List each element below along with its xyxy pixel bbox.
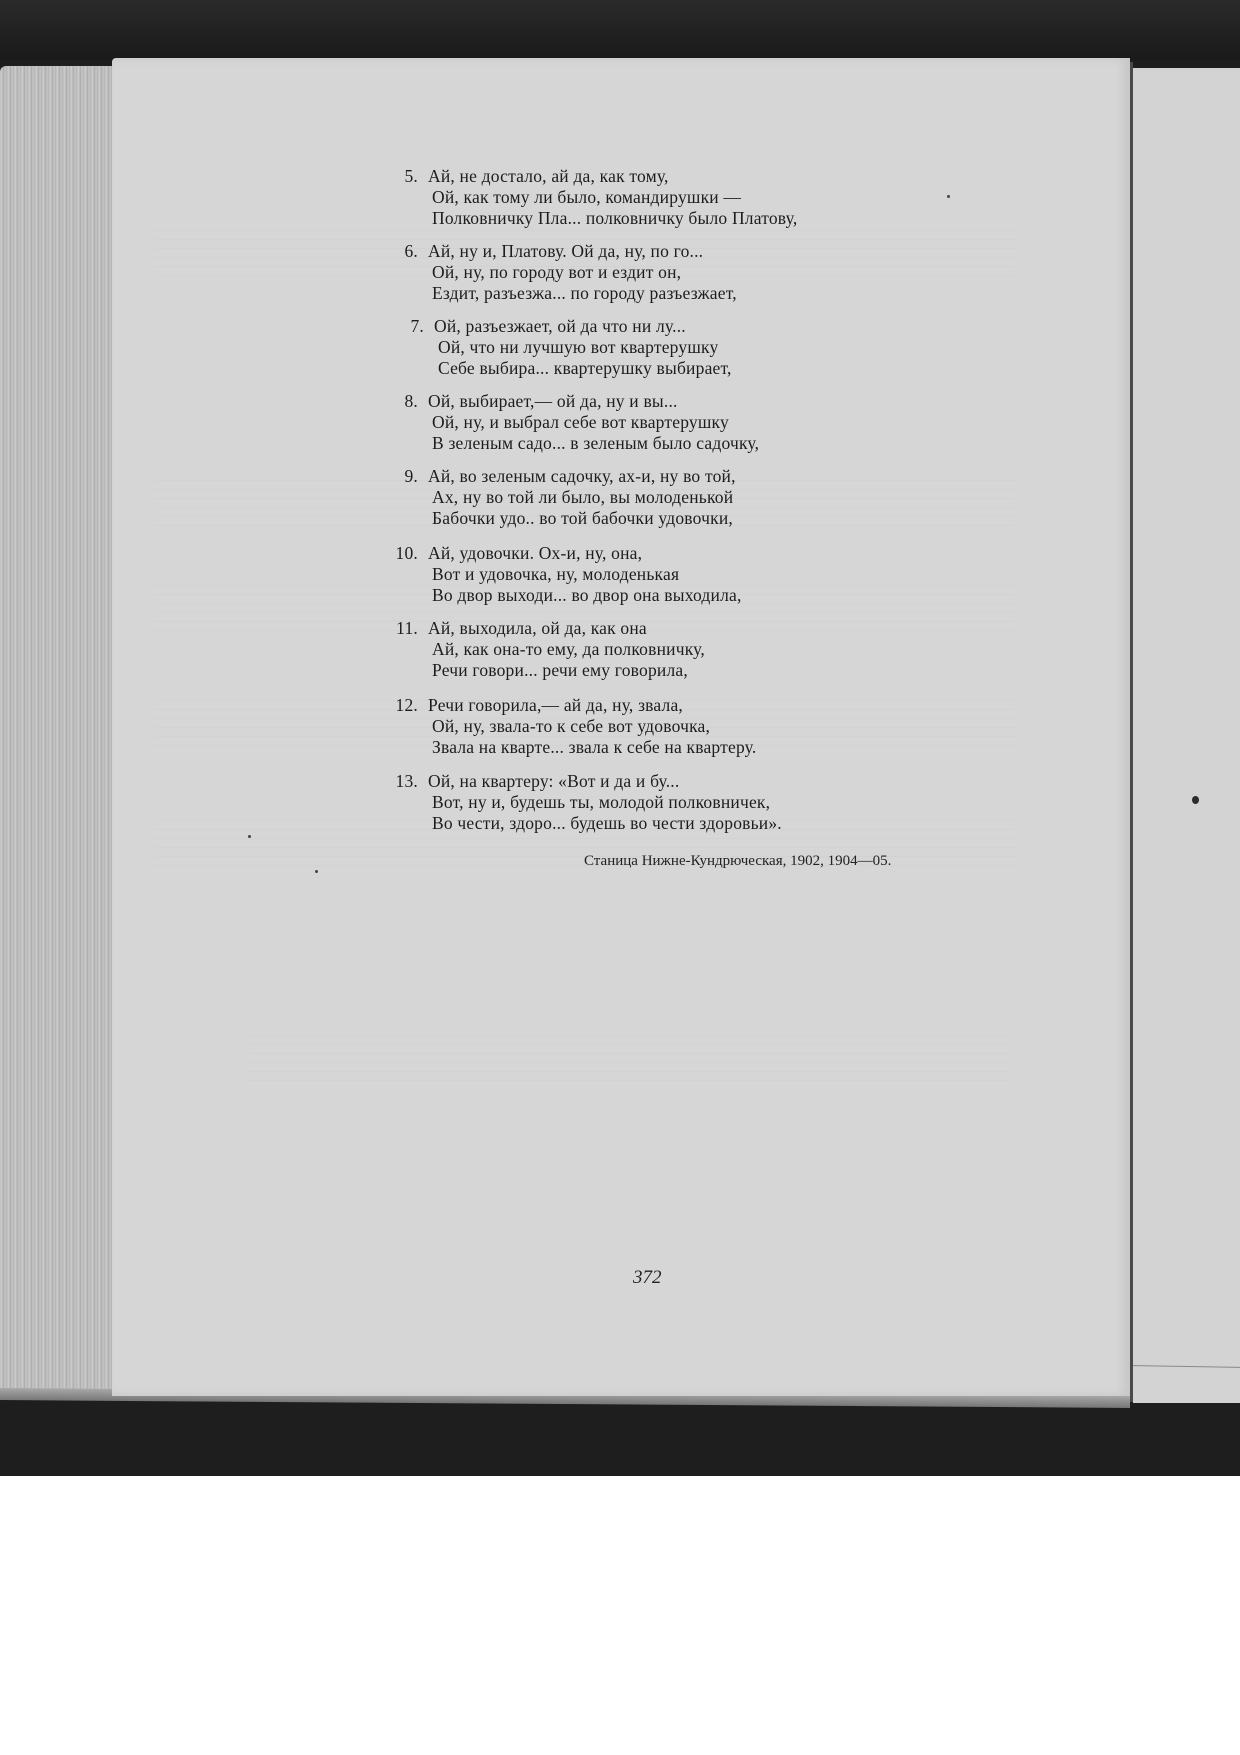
verse-line: Ай, ну и, Платову. Ой да, ну, по го... — [428, 241, 948, 262]
verse-10: 10. Ай, удовочки. Ох-и, ну, она, Вот и у… — [428, 543, 948, 606]
verse-line: Вот и удовочка, ну, молоденькая — [432, 564, 948, 585]
verse-line: Ай, во зеленым садочку, ах-и, ну во той, — [428, 466, 948, 487]
verse-line: Речи говорила,— ай да, ну, звала, — [428, 695, 948, 716]
verse-number: 11. — [378, 618, 418, 639]
verse-6: 6. Ай, ну и, Платову. Ой да, ну, по го..… — [428, 241, 948, 304]
verse-line: Во чести, здоро... будешь во чести здоро… — [432, 813, 948, 834]
verse-line: Ой, разъезжает, ой да что ни лу... — [434, 316, 954, 337]
verse-line: Вот, ну и, будешь ты, молодой полковниче… — [432, 792, 948, 813]
verse-line: Ой, ну, по городу вот и ездит он, — [432, 262, 948, 283]
verse-7: 7. Ой, разъезжает, ой да что ни лу... Ой… — [434, 316, 954, 379]
verse-line: Ай, как она-то ему, да полковничку, — [432, 639, 948, 660]
verse-line: Ой, как тому ли было, командирушки — — [432, 187, 948, 208]
ink-speck — [947, 195, 950, 198]
verse-number: 8. — [378, 391, 418, 412]
verse-number: 7. — [384, 316, 424, 337]
verse-5: 5. Ай, не достало, ай да, как тому, Ой, … — [428, 166, 948, 229]
verse-number: 10. — [378, 543, 418, 564]
verse-line: Звала на кварте... звала к себе на кварт… — [432, 737, 948, 758]
verse-line: Ой, на квартеру: «Вот и да и бу... — [428, 771, 948, 792]
verse-line: Ай, выходила, ой да, как она — [428, 618, 948, 639]
verse-13: 13. Ой, на квартеру: «Вот и да и бу... В… — [428, 771, 948, 834]
verse-line: Ой, выбирает,— ой да, ну и вы... — [428, 391, 948, 412]
verse-line: Ездит, разъезжа... по городу разъезжает, — [432, 283, 948, 304]
verse-line: Во двор выходи... во двор она выходила, — [432, 585, 948, 606]
verse-number: 5. — [378, 166, 418, 187]
ink-speck — [248, 835, 251, 838]
page-content: 5. Ай, не достало, ай да, как тому, Ой, … — [0, 0, 1240, 1755]
verse-line: Ай, не достало, ай да, как тому, — [428, 166, 948, 187]
verse-line: Ах, ну во той ли было, вы молоденькой — [432, 487, 948, 508]
verse-line: Ай, удовочки. Ох-и, ну, она, — [428, 543, 948, 564]
verse-number: 12. — [378, 695, 418, 716]
verse-line: Полковничку Пла... полковничку было Плат… — [432, 208, 948, 229]
source-note: Станица Нижне-Кундрюческая, 1902, 1904—0… — [584, 853, 891, 870]
ink-speck — [315, 870, 318, 873]
verse-9: 9. Ай, во зеленым садочку, ах-и, ну во т… — [428, 466, 948, 529]
verse-11: 11. Ай, выходила, ой да, как она Ай, как… — [428, 618, 948, 681]
verse-line: Речи говори... речи ему говорила, — [432, 660, 948, 681]
verse-12: 12. Речи говорила,— ай да, ну, звала, Ой… — [428, 695, 948, 758]
verse-number: 13. — [378, 771, 418, 792]
verse-line: Ой, ну, звала-то к себе вот удовочка, — [432, 716, 948, 737]
page-number: 372 — [633, 1267, 662, 1289]
verse-number: 9. — [378, 466, 418, 487]
verse-line: Бабочки удо.. во той бабочки удовочки, — [432, 508, 948, 529]
verse-number: 6. — [378, 241, 418, 262]
verse-line: Себе выбира... квартерушку выбирает, — [438, 358, 954, 379]
verse-8: 8. Ой, выбирает,— ой да, ну и вы... Ой, … — [428, 391, 948, 454]
verse-line: В зеленым садо... в зеленым было садочку… — [432, 433, 948, 454]
verse-line: Ой, что ни лучшую вот квартерушку — [438, 337, 954, 358]
verse-line: Ой, ну, и выбрал себе вот квартерушку — [432, 412, 948, 433]
